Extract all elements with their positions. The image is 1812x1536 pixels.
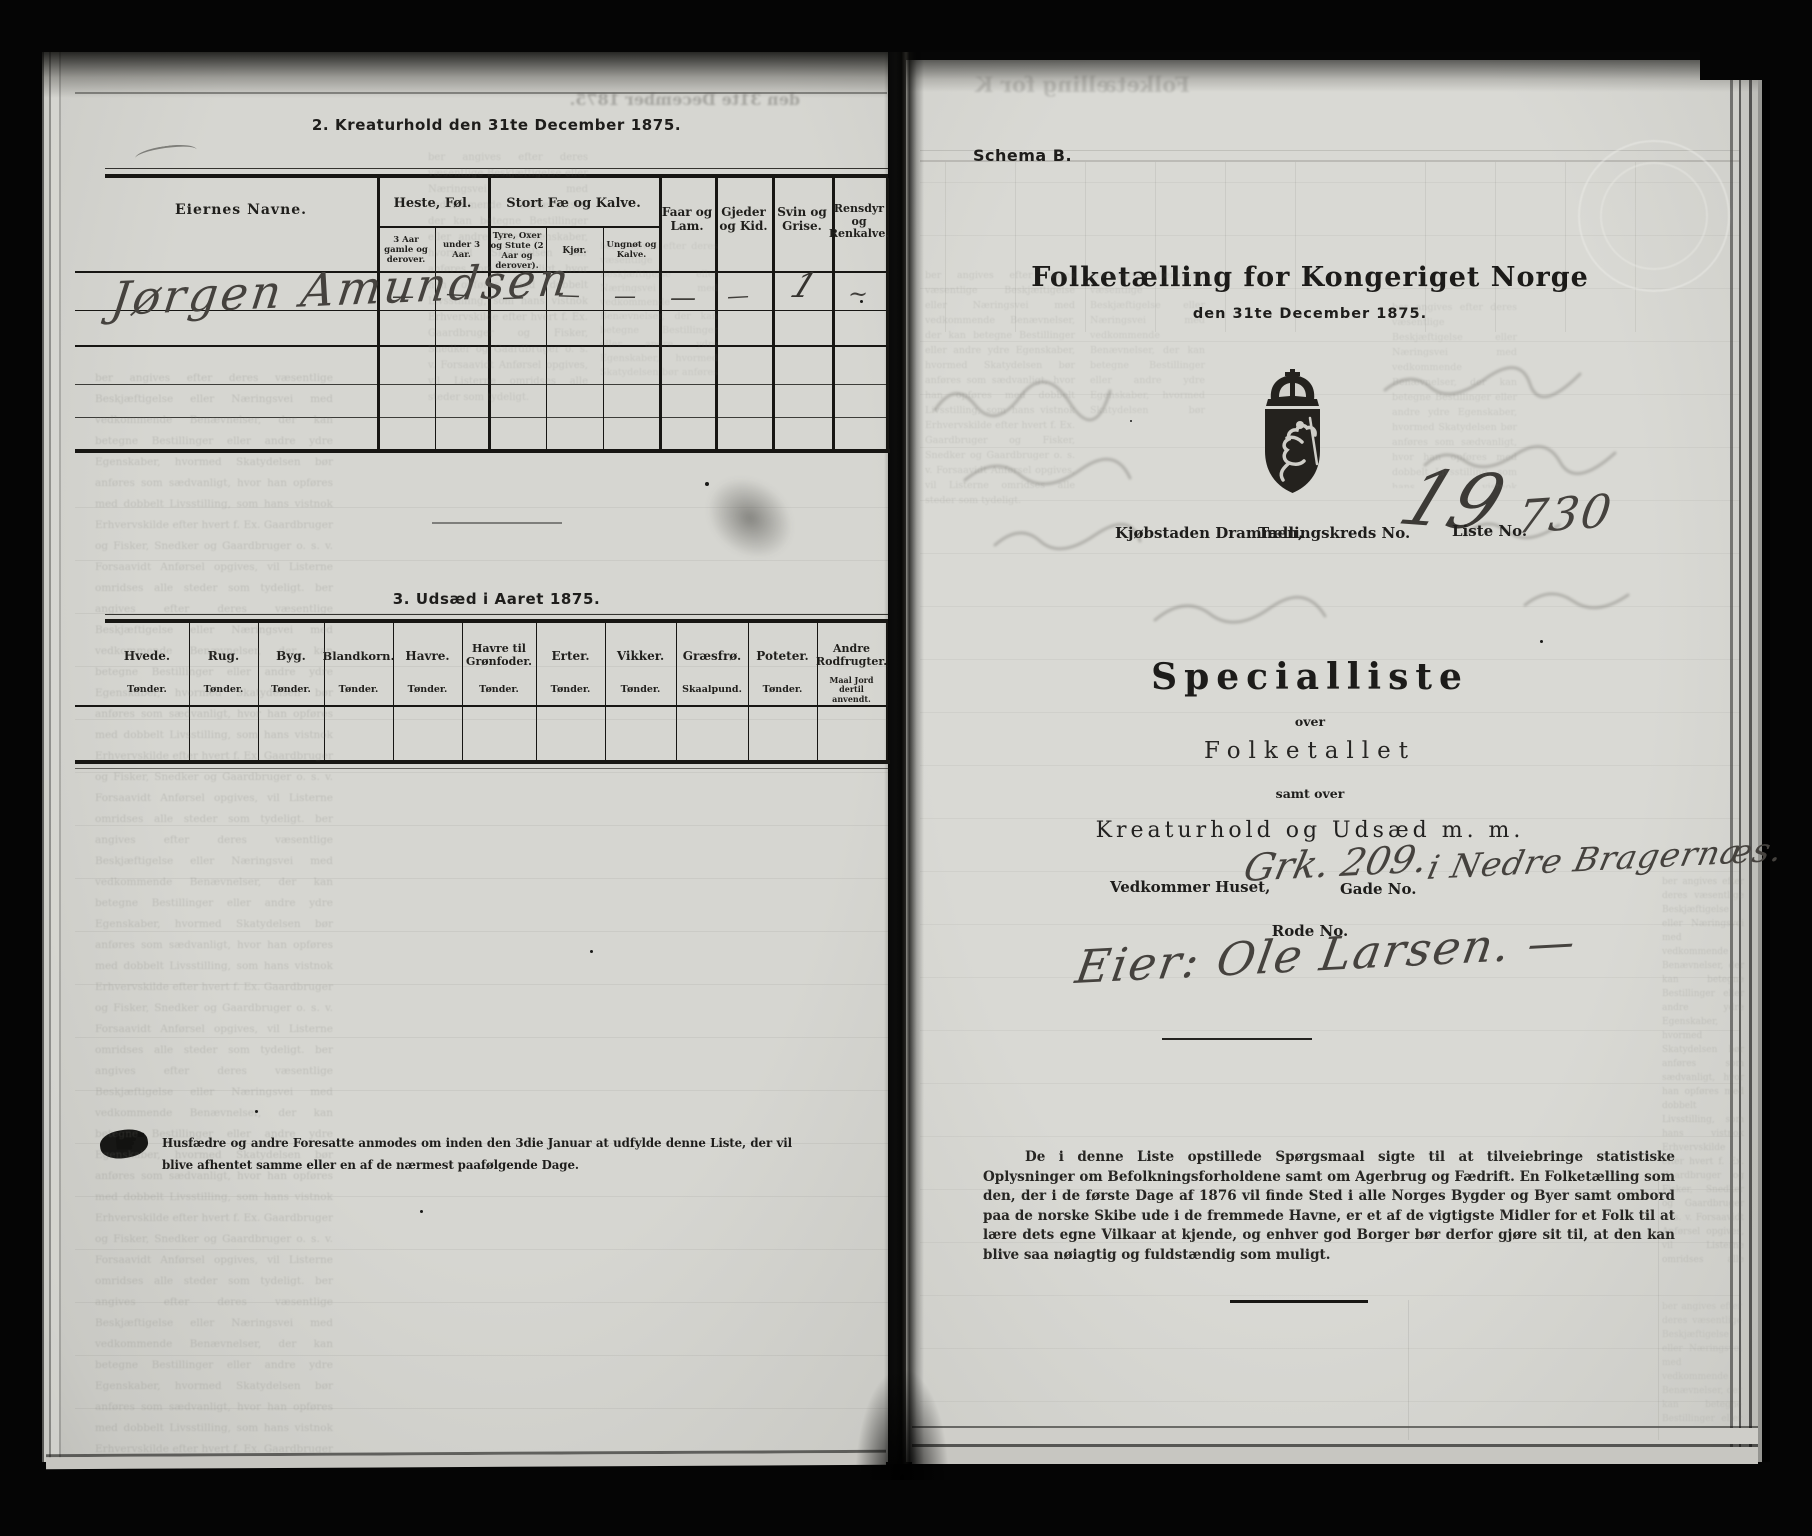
schema-label: Schema B. — [973, 146, 1072, 165]
goats-column-header: Gjeder og Kid. — [717, 200, 770, 240]
bleedthrough-vline — [1658, 1180, 1659, 1440]
ink-speck — [1310, 1192, 1313, 1195]
info-paragraph: De i denne Liste opstillede Spørgsmaal s… — [983, 1148, 1675, 1265]
ink-speck — [1130, 420, 1132, 422]
closing-rule — [1230, 1300, 1368, 1303]
bleedthrough-text-block: ber angives efter deres væsentlige Beskj… — [600, 240, 718, 380]
ink-speck — [420, 1210, 423, 1213]
street-label: Gade No. — [1340, 880, 1416, 898]
folketallet-label: Folketallet — [960, 738, 1660, 764]
bleedthrough-text-block: ber angives efter deres væsentlige Beskj… — [1662, 875, 1744, 1263]
right-page-bottom-strip1 — [912, 1428, 1758, 1444]
kreaturhold-title: 2. Kreaturhold den 31te December 1875. — [105, 116, 888, 134]
ink-speck — [860, 300, 863, 303]
over-label: over — [960, 714, 1660, 729]
row-mark: — — [726, 283, 749, 309]
frame-top — [0, 0, 1812, 52]
ink-speck — [1540, 640, 1543, 643]
bleedthrough-text-block: ber angives efter deres væsentlige Beskj… — [1392, 300, 1517, 488]
bleedthrough-text-block: ber angives efter deres væsentlige Beskj… — [925, 268, 1075, 636]
bleedthrough-date: den 31te December 1875. — [560, 90, 800, 116]
speciallist-title: Specialliste — [960, 656, 1660, 698]
samt-over-label: samt over — [960, 786, 1660, 801]
bleedthrough-text-block: ber angives efter deres væsentlige Beskj… — [1662, 1300, 1742, 1428]
ink-speck — [590, 950, 593, 953]
frame-left — [0, 0, 42, 1536]
row-mark-reindeer: ~ — [848, 280, 868, 308]
bleedthrough-text-block: ber angives efter deres væsentlige Beskj… — [1090, 268, 1205, 416]
list-number-handwriting: 730 — [1514, 484, 1617, 544]
bleedthrough-vline — [1408, 1300, 1409, 1440]
stamp-watermark-inner — [1600, 162, 1708, 270]
table1-vline — [377, 178, 380, 453]
ink-speck — [705, 482, 709, 486]
owner-column-header: Eiernes Navne. — [110, 195, 372, 225]
kreaturhold-udsaed-label: Kreaturhold og Udsæd m. m. — [960, 818, 1660, 843]
bleedthrough-title: Folketælling for K — [800, 72, 1190, 102]
row-mark: — — [392, 284, 414, 309]
bleedthrough-text-column: ber angives efter deres væsentlige Beskj… — [95, 368, 333, 1460]
book-gutter — [884, 52, 924, 1464]
ink-speck — [255, 1110, 258, 1113]
right-page-bottom-strip2 — [912, 1447, 1758, 1464]
census-book-scan: den 31te December 1875. 2. Kreaturhold d… — [0, 0, 1812, 1536]
pigs-column-header: Svin og Grise. — [774, 200, 830, 240]
frame-right — [1770, 0, 1812, 1536]
owner-divider-rule — [1162, 1038, 1312, 1040]
sheep-column-header: Faar og Lam. — [661, 200, 713, 240]
left-page-edge-stack — [42, 52, 78, 1470]
reindeer-column-header: Rensdyr og Renkalve. — [834, 198, 884, 246]
bleedthrough-text-block: ber angives efter deres væsentlige Beskj… — [428, 150, 588, 460]
